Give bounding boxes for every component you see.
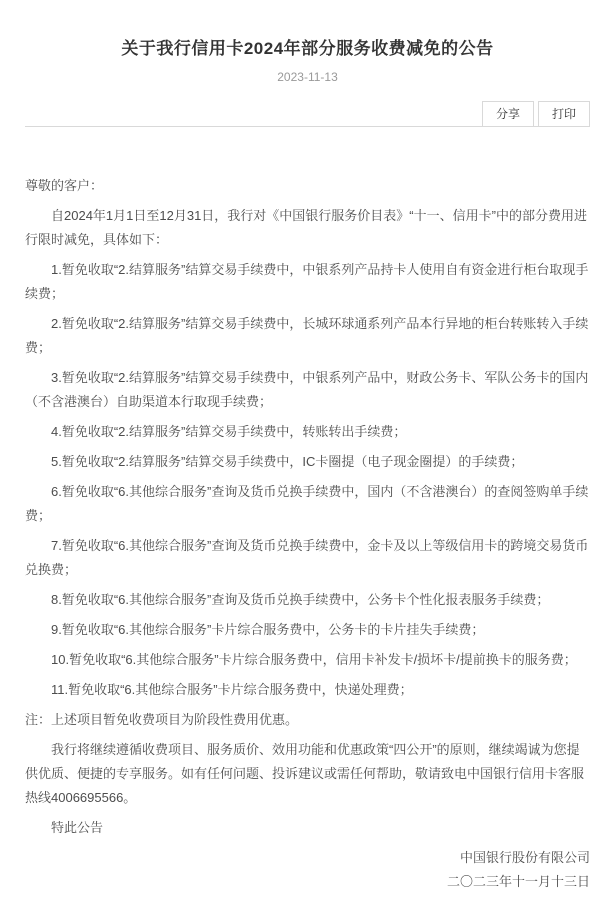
- closing-paragraph: 我行将继续遵循收费项目、服务质价、效用功能和优惠政策“四公开”的原则，继续竭诚为…: [25, 738, 590, 810]
- notice-item: 2.暂免收取“2.结算服务”结算交易手续费中，长城环球通系列产品本行异地的柜台转…: [25, 312, 590, 360]
- signature-date: 二〇二三年十一月十三日: [25, 870, 590, 894]
- announcement-body: 尊敬的客户： 自2024年1月1日至12月31日，我行对《中国银行服务价目表》“…: [25, 174, 590, 894]
- toolbar: 分享 打印: [25, 101, 590, 127]
- notice-item: 9.暂免收取“6.其他综合服务”卡片综合服务费中，公务卡的卡片挂失手续费；: [25, 618, 590, 642]
- publish-date: 2023-11-13: [25, 70, 590, 84]
- notice-item: 8.暂免收取“6.其他综合服务”查询及货币兑换手续费中，公务卡个性化报表服务手续…: [25, 588, 590, 612]
- share-button[interactable]: 分享: [482, 101, 534, 127]
- signature-company: 中国银行股份有限公司: [25, 846, 590, 870]
- notice-item: 4.暂免收取“2.结算服务”结算交易手续费中，转账转出手续费；: [25, 420, 590, 444]
- page-title: 关于我行信用卡2024年部分服务收费减免的公告: [25, 34, 590, 59]
- intro-paragraph: 自2024年1月1日至12月31日，我行对《中国银行服务价目表》“十一、信用卡”…: [25, 204, 590, 252]
- announce-line: 特此公告: [25, 816, 590, 840]
- notice-item: 5.暂免收取“2.结算服务”结算交易手续费中，IC卡圈提（电子现金圈提）的手续费…: [25, 450, 590, 474]
- notice-item: 1.暂免收取“2.结算服务”结算交易手续费中，中银系列产品持卡人使用自有资金进行…: [25, 258, 590, 306]
- notice-item: 6.暂免收取“6.其他综合服务”查询及货币兑换手续费中，国内（不含港澳台）的查阅…: [25, 480, 590, 528]
- announcement-article: 关于我行信用卡2024年部分服务收费减免的公告 2023-11-13 分享 打印…: [0, 34, 615, 904]
- signature-block: 中国银行股份有限公司 二〇二三年十一月十三日: [25, 846, 590, 894]
- notice-item: 7.暂免收取“6.其他综合服务”查询及货币兑换手续费中，金卡及以上等级信用卡的跨…: [25, 534, 590, 582]
- salutation: 尊敬的客户：: [25, 174, 590, 198]
- print-button[interactable]: 打印: [538, 101, 590, 127]
- notice-item: 10.暂免收取“6.其他综合服务”卡片综合服务费中，信用卡补发卡/损坏卡/提前换…: [25, 648, 590, 672]
- note-paragraph: 注：上述项目暂免收费项目为阶段性费用优惠。: [25, 708, 590, 732]
- notice-item: 11.暂免收取“6.其他综合服务”卡片综合服务费中，快递处理费；: [25, 678, 590, 702]
- notice-item: 3.暂免收取“2.结算服务”结算交易手续费中，中银系列产品中，财政公务卡、军队公…: [25, 366, 590, 414]
